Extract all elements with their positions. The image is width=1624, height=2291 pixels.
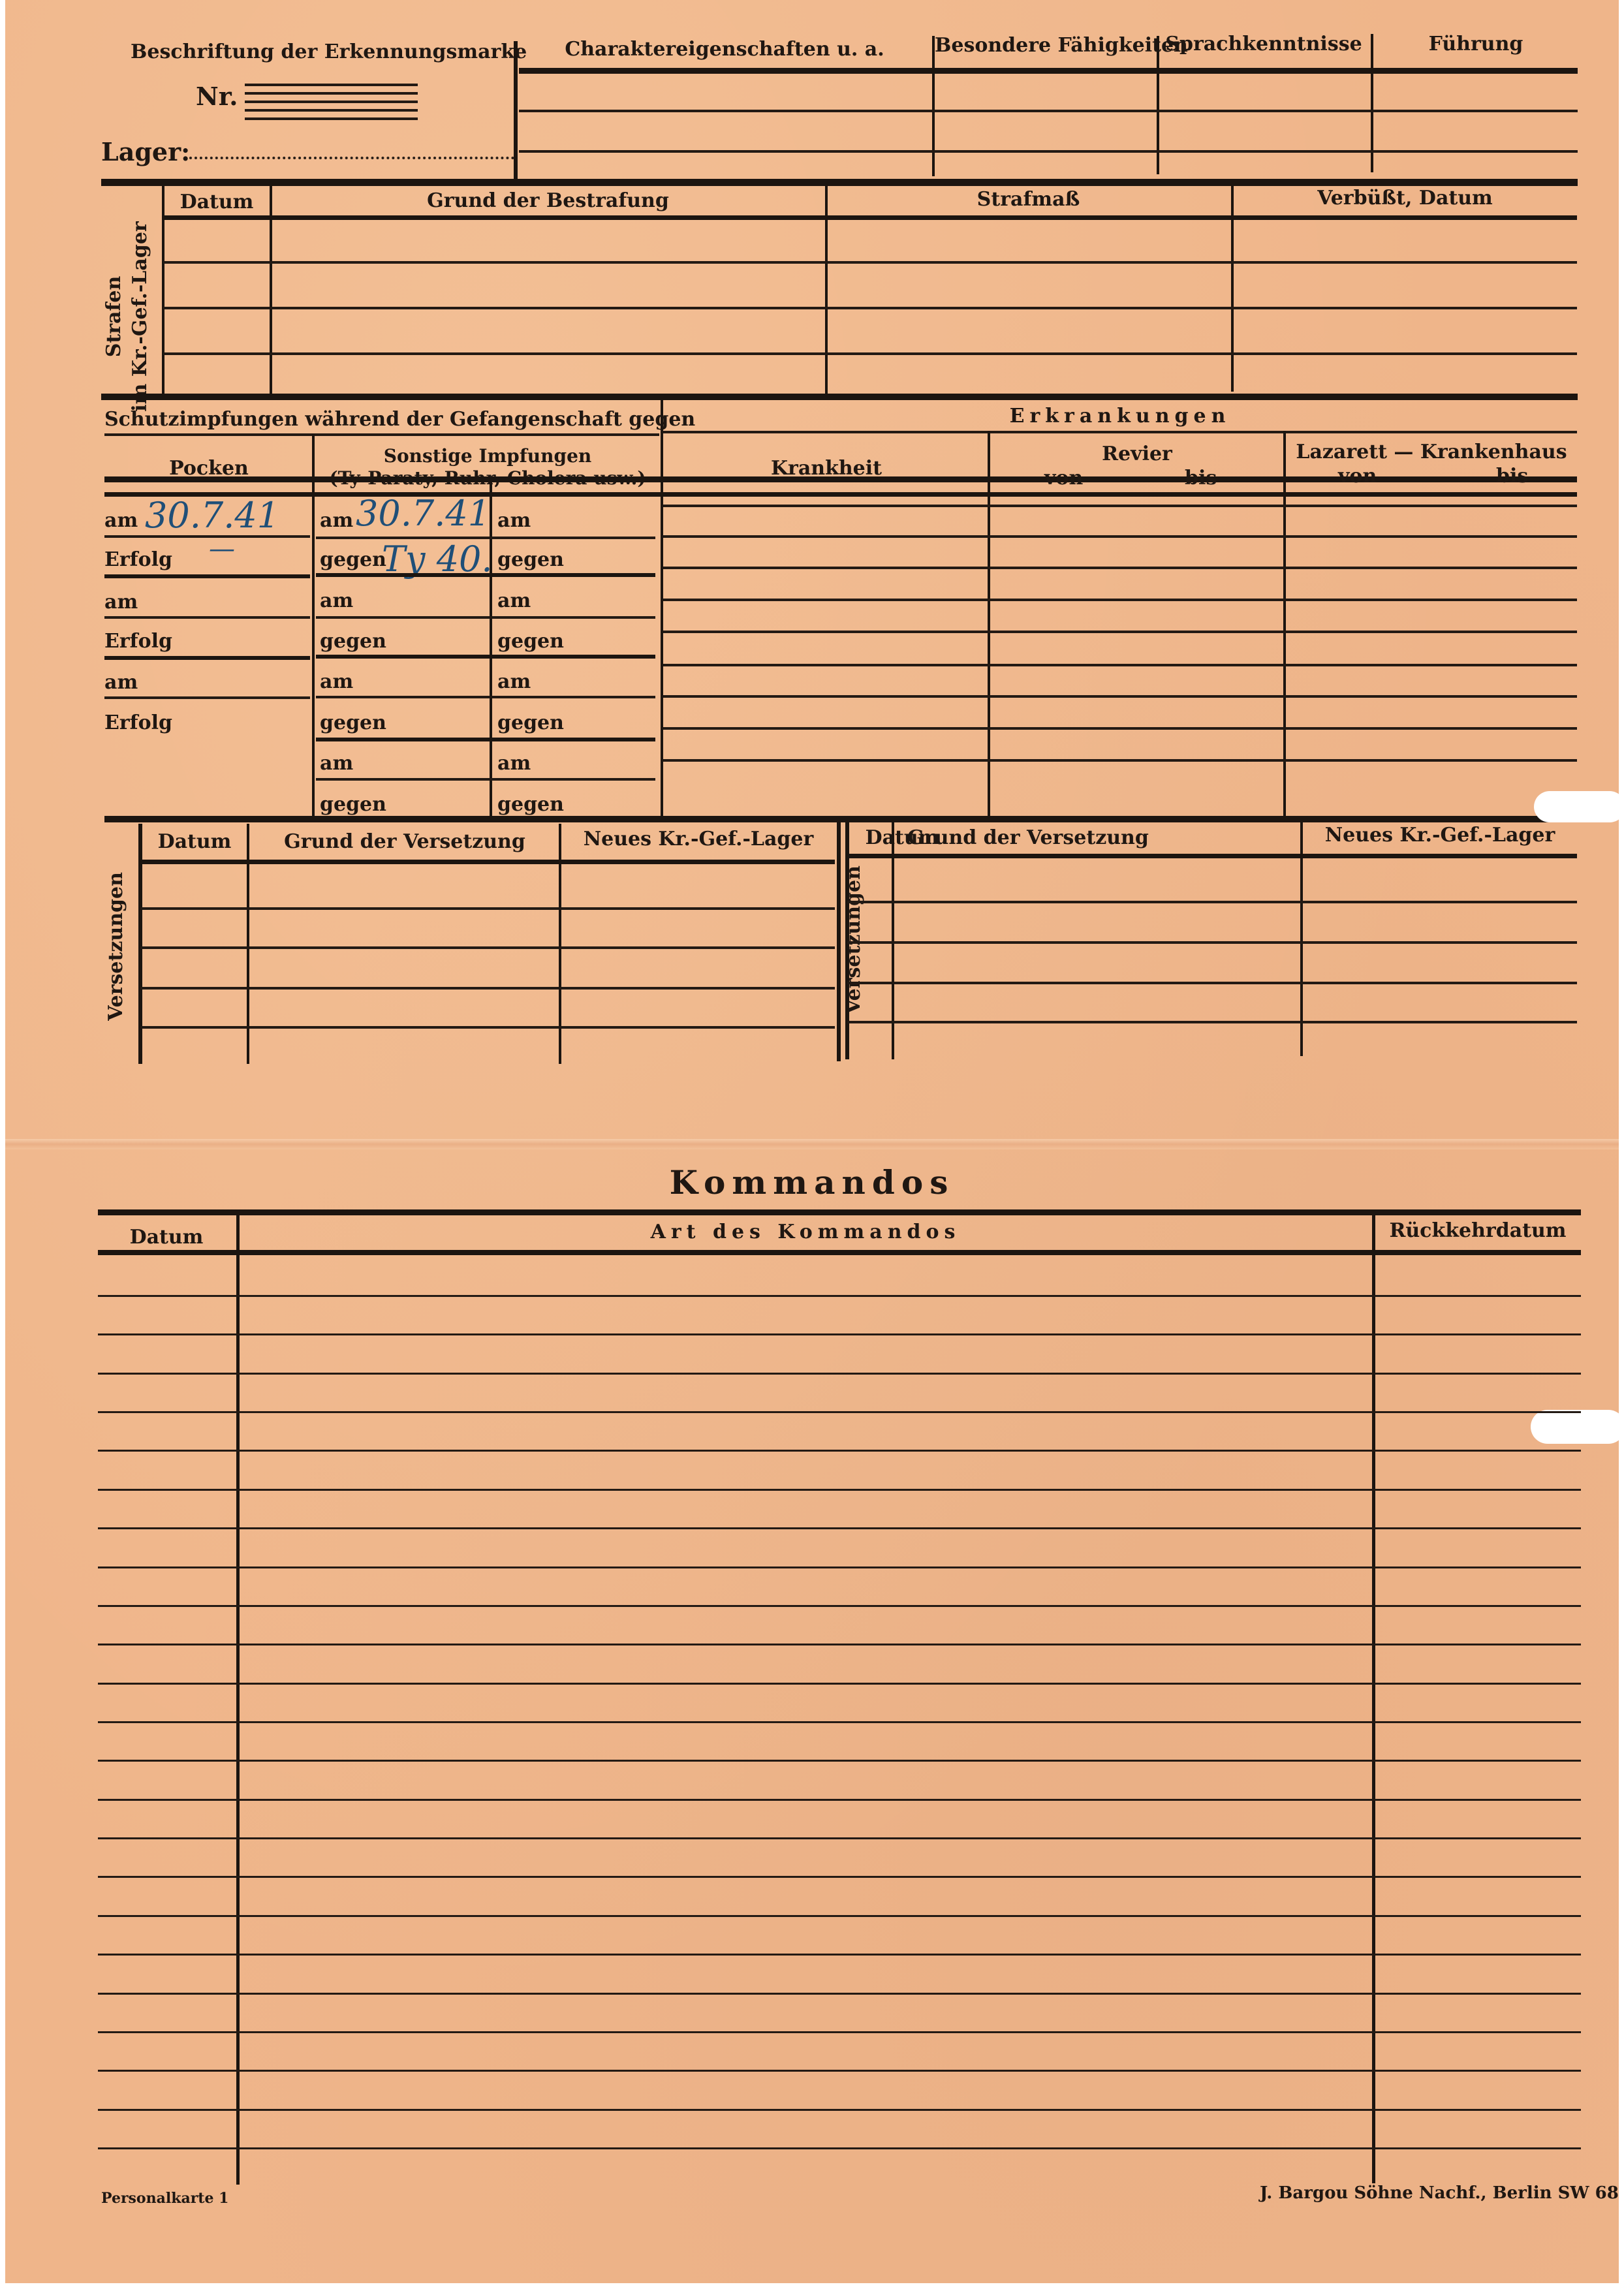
- lazarett-bis: bis: [1496, 465, 1528, 488]
- illness-row-line[interactable]: [663, 535, 1577, 538]
- illness-row-line[interactable]: [663, 599, 1577, 601]
- field-line[interactable]: [316, 696, 655, 698]
- kommando-row-line[interactable]: [98, 1799, 1581, 1801]
- kommando-row-line[interactable]: [98, 2109, 1581, 2111]
- kommando-row-line[interactable]: [98, 1954, 1581, 1956]
- tag-heading: Beschriftung der Erkennungsmarke: [131, 40, 496, 63]
- rule: [101, 394, 1578, 400]
- illness-row-line[interactable]: [663, 505, 1577, 507]
- transfer-row-line[interactable]: [140, 907, 835, 910]
- kommando-row-line[interactable]: [98, 1876, 1581, 1878]
- illness-row-line[interactable]: [663, 567, 1577, 569]
- other-gegen-label: gegen: [320, 711, 386, 734]
- transfer-row-line[interactable]: [140, 987, 835, 990]
- transfers-left-col-grund: Grund der Versetzung: [249, 830, 560, 853]
- field-line: [104, 535, 310, 538]
- kommandos-col-art: Art des Kommandos: [239, 1221, 1372, 1243]
- transfer-row-line[interactable]: [140, 1026, 835, 1029]
- divider: [312, 434, 315, 816]
- other-am-label: am: [320, 589, 353, 612]
- other-gegen-label-2: gegen: [497, 548, 564, 571]
- other-date-handwritten[interactable]: 30.7.41: [356, 493, 490, 534]
- strafen-row-line[interactable]: [163, 261, 1577, 264]
- field-line[interactable]: [519, 150, 1578, 153]
- nr-label: Nr.: [196, 82, 238, 111]
- transfers-left-col-datum: Datum: [142, 830, 247, 853]
- rule: [104, 433, 659, 436]
- other-am-label-2: am: [497, 589, 531, 612]
- krankheit-header: Krankheit: [663, 457, 990, 480]
- field-line[interactable]: [104, 616, 310, 619]
- field-line[interactable]: [519, 110, 1578, 112]
- kommando-row-line[interactable]: [98, 1721, 1581, 1723]
- rule: [519, 68, 1578, 74]
- field-line[interactable]: [316, 778, 655, 781]
- illness-row-line[interactable]: [663, 727, 1577, 730]
- rule: [101, 179, 1578, 186]
- rule: [316, 655, 655, 659]
- illness-row-line[interactable]: [663, 631, 1577, 633]
- revier-header: Revier: [990, 443, 1284, 465]
- col-fuehrung: Führung: [1373, 33, 1578, 55]
- kommando-row-line[interactable]: [98, 1527, 1581, 1529]
- kommandos-col-rueckkehr: Rückkehrdatum: [1375, 1219, 1581, 1242]
- kommando-row-line[interactable]: [98, 1837, 1581, 1839]
- illnesses-heading: Erkrankungen: [663, 405, 1577, 428]
- kommando-row-line[interactable]: [98, 1760, 1581, 1762]
- kommando-row-line[interactable]: [98, 1566, 1581, 1568]
- transfers-side-label-left: Versetzungen: [104, 855, 131, 1038]
- transfer-row-line[interactable]: [847, 982, 1577, 984]
- col-faehigkeiten: Besondere Fähigkeiten: [935, 34, 1157, 57]
- rule: [663, 431, 1577, 433]
- rule: [140, 860, 835, 864]
- other-am-label-2: am: [497, 752, 531, 775]
- lager-label: Lager:: [101, 137, 190, 166]
- other-am-label: am: [320, 752, 353, 775]
- kommando-row-line[interactable]: [98, 2147, 1581, 2149]
- other-gegen-label: gegen: [320, 630, 386, 653]
- illness-row-line[interactable]: [663, 759, 1577, 762]
- transfer-row-line[interactable]: [847, 1021, 1577, 1023]
- other-gegen-label: gegen: [320, 793, 386, 816]
- kommando-row-line[interactable]: [98, 1993, 1581, 1995]
- kommando-row-line[interactable]: [98, 1683, 1581, 1685]
- strafen-row-line[interactable]: [163, 307, 1577, 309]
- kommando-row-line[interactable]: [98, 2031, 1581, 2033]
- transfers-right-col-grund: Grund der Versetzung: [894, 826, 1162, 849]
- kommando-row-line[interactable]: [98, 1373, 1581, 1375]
- strafen-col-strafmass: Strafmaß: [828, 188, 1229, 211]
- divider: [837, 821, 841, 1061]
- other-vaccinations-header-1: Sonstige Impfungen: [315, 445, 661, 467]
- other-gegen-label-2: gegen: [497, 630, 564, 653]
- divider: [988, 431, 990, 816]
- kommando-row-line[interactable]: [98, 1450, 1581, 1452]
- rule: [104, 492, 1577, 497]
- rule: [104, 574, 310, 578]
- personal-card-paper: [5, 0, 1619, 2283]
- transfers-left-col-lager: Neues Kr.-Gef.-Lager: [561, 828, 835, 850]
- field-line[interactable]: [104, 696, 310, 699]
- rule: [104, 816, 1577, 822]
- divider: [236, 1215, 240, 2185]
- pocken-am-label: am: [104, 591, 138, 614]
- field-line[interactable]: [316, 616, 655, 619]
- strafen-col-verbuesst: Verbüßt, Datum: [1234, 187, 1576, 210]
- other-gegen-label: gegen: [320, 548, 386, 571]
- nr-field[interactable]: [245, 84, 418, 126]
- transfer-row-line[interactable]: [847, 941, 1577, 944]
- illness-row-line[interactable]: [663, 695, 1577, 698]
- rule: [98, 1209, 1581, 1215]
- kommando-row-line[interactable]: [98, 2070, 1581, 2072]
- divider: [932, 36, 935, 176]
- rule: [316, 573, 655, 577]
- form-name: Personalkarte 1: [101, 2190, 228, 2207]
- transfers-right-col-lager: Neues Kr.-Gef.-Lager: [1303, 824, 1577, 847]
- lazarett-header: Lazarett — Krankenhaus: [1286, 441, 1577, 463]
- other-gegen-label-2: gegen: [497, 711, 564, 734]
- rule: [316, 738, 655, 741]
- transfer-row-line[interactable]: [847, 901, 1577, 903]
- other-gegen-label-2: gegen: [497, 793, 564, 816]
- vaccination-heading: Schutzimpfungen während der Gefangenscha…: [104, 408, 659, 431]
- other-am-label-2: am: [497, 670, 531, 693]
- col-charakter: Charaktereigenschaften u. a.: [519, 38, 930, 61]
- pocken-erfolg-label: Erfolg: [104, 711, 172, 734]
- illness-row-line[interactable]: [663, 664, 1577, 666]
- rule: [104, 656, 310, 660]
- pocken-erfolg-label: Erfolg: [104, 548, 172, 571]
- divider: [1157, 36, 1159, 174]
- kommando-row-line[interactable]: [98, 1644, 1581, 1645]
- pocken-date-handwritten[interactable]: 30.7.41: [145, 495, 279, 536]
- other-am-label: am: [320, 509, 353, 532]
- divider: [1372, 1214, 1375, 2183]
- divider: [1283, 431, 1286, 816]
- kommando-row-line[interactable]: [98, 1295, 1581, 1297]
- paper-fold: [5, 1139, 1619, 1149]
- revier-von: von: [1044, 467, 1083, 490]
- kommando-row-line[interactable]: [98, 1605, 1581, 1607]
- lazarett-von: von: [1338, 465, 1377, 488]
- kommando-row-line[interactable]: [98, 1489, 1581, 1491]
- pocken-erfolg-handwritten[interactable]: —: [209, 534, 235, 564]
- other-am-label: am: [320, 670, 353, 693]
- transfer-row-line[interactable]: [140, 946, 835, 949]
- strafen-col-grund: Grund der Bestrafung: [272, 189, 824, 212]
- punch-hole: [1534, 791, 1624, 822]
- kommandos-col-datum: Datum: [98, 1226, 235, 1249]
- punch-hole: [1531, 1410, 1624, 1444]
- printer-imprint: J. Bargou Söhne Nachf., Berlin SW 68: [1260, 2183, 1619, 2203]
- rule: [847, 854, 1577, 858]
- pocken-am-label: am: [104, 509, 138, 532]
- kommando-row-line[interactable]: [98, 1915, 1581, 1917]
- kommando-row-line[interactable]: [98, 1333, 1581, 1335]
- strafen-row-line[interactable]: [163, 352, 1577, 355]
- pocken-am-label: am: [104, 671, 138, 694]
- pocken-erfolg-label: Erfolg: [104, 630, 172, 653]
- strafen-col-datum: Datum: [164, 191, 269, 213]
- lager-field[interactable]: [189, 157, 514, 159]
- other-am-label-2: am: [497, 509, 531, 532]
- kommandos-title: Kommandos: [0, 1163, 1624, 1202]
- col-sprachkenntnisse: Sprachkenntnisse: [1159, 33, 1368, 55]
- kommando-row-line[interactable]: [98, 1411, 1581, 1413]
- divider: [514, 41, 518, 179]
- rule: [163, 215, 1577, 220]
- rule: [98, 1250, 1581, 1255]
- revier-bis: bis: [1185, 467, 1217, 490]
